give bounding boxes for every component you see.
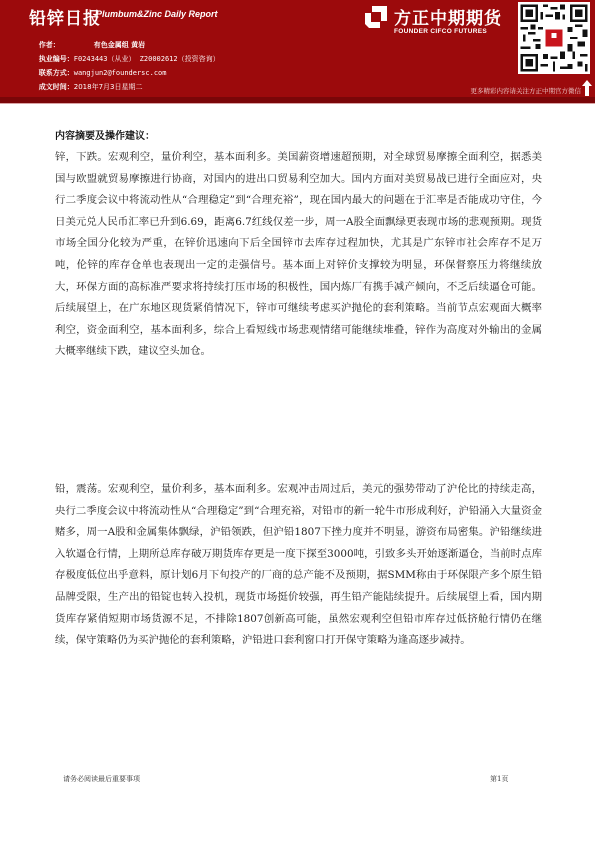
meta-value: 2018年7月3日星期二 xyxy=(74,83,143,91)
report-header: 铅锌日报 Plumbum&Zinc Daily Report 作者：有色金属组 … xyxy=(0,0,595,97)
meta-label: 成文时间： xyxy=(39,83,74,91)
logo-mark-icon xyxy=(365,6,387,28)
wechat-qr-code-icon xyxy=(518,2,590,74)
zinc-commentary-paragraph: 锌，下跌。宏观利空，量价利空，基本面利多。美国薪资增速超预期，对全球贸易摩擦全面… xyxy=(55,147,542,363)
arrow-up-icon xyxy=(582,80,592,96)
footer-disclaimer: 请务必阅读最后重要事项 xyxy=(63,774,140,784)
section-title: 内容摘要及操作建议： xyxy=(55,127,155,142)
page-number: 第1页 xyxy=(490,774,508,784)
company-logo: 方正中期期货 FOUNDER CIFCO FUTURES xyxy=(365,4,513,44)
logo-text-en: FOUNDER CIFCO FUTURES xyxy=(394,28,487,35)
logo-text-cn: 方正中期期货 xyxy=(394,4,502,29)
follow-wechat-text: 更多精彩内容请关注方正中期官方微信 xyxy=(471,86,582,95)
lead-commentary-paragraph: 铅，震荡。宏观利空，量价利多，基本面利多。宏观冲击周过后，美元的强势带动了沪伦比… xyxy=(55,479,542,652)
report-title-cn: 铅锌日报 xyxy=(29,4,101,29)
header-divider xyxy=(0,103,595,104)
report-title-en: Plumbum&Zinc Daily Report xyxy=(96,9,218,19)
